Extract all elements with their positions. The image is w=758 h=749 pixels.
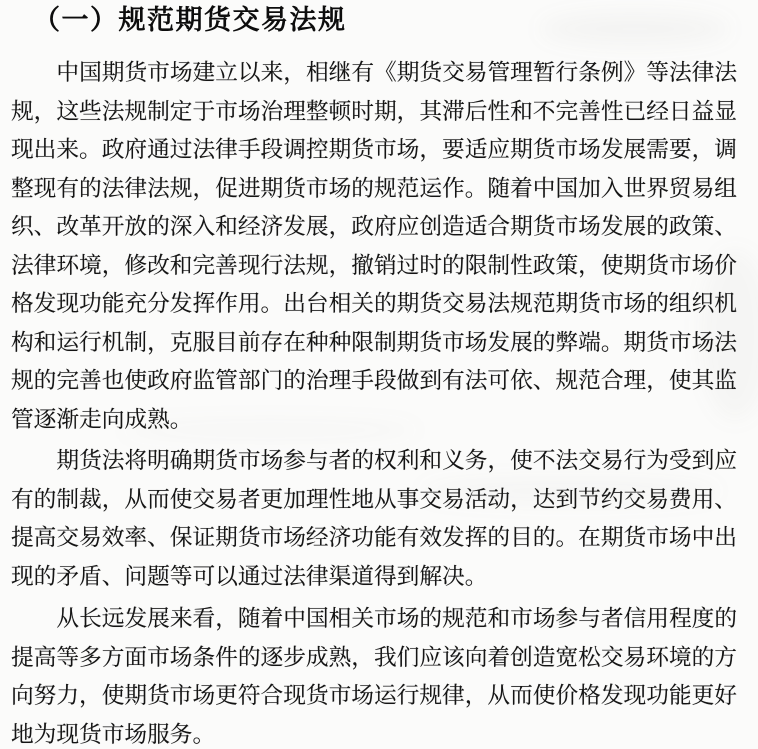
text-line: 提高等多方面市场条件的逐步成熟，我们应该向着创造宽松交易环境的方 bbox=[11, 639, 738, 678]
paragraph: 中国期货市场建立以来，相继有《期货交易管理暂行条例》等法律法规，这些法规制定于市… bbox=[11, 54, 738, 439]
text-line: 现的矛盾、问题等可以通过法律渠道得到解决。 bbox=[11, 558, 738, 597]
document-body: 中国期货市场建立以来，相继有《期货交易管理暂行条例》等法律法规，这些法规制定于市… bbox=[0, 54, 758, 749]
text-line: 织、改革开放的深入和经济发展，政府应创造适合期货市场发展的政策、 bbox=[11, 208, 738, 247]
text-line: 整现有的法律法规，促进期货市场的规范运作。随着中国加入世界贸易组 bbox=[11, 170, 738, 209]
text-line: 格发现功能充分发挥作用。出台相关的期货交易法规范期货市场的组织机 bbox=[11, 285, 738, 324]
paragraph: 从长远发展来看，随着中国相关市场的规范和市场参与者信用程度的提高等多方面市场条件… bbox=[11, 600, 738, 749]
text-line: 从长远发展来看，随着中国相关市场的规范和市场参与者信用程度的 bbox=[11, 600, 738, 639]
text-line: 规的完善也使政府监管部门的治理手段做到有法可依、规范合理，使其监 bbox=[11, 362, 738, 401]
text-line: 期货法将明确期货市场参与者的权利和义务，使不法交易行为受到应 bbox=[11, 442, 738, 481]
text-line: 管逐渐走向成熟。 bbox=[11, 401, 738, 440]
text-line: 向努力，使期货市场更符合现货市场运行规律，从而使价格发现功能更好 bbox=[11, 677, 738, 716]
scanned-document-page: （一）规范期货交易法规 中国期货市场建立以来，相继有《期货交易管理暂行条例》等法… bbox=[0, 0, 758, 749]
text-line: 法律环境，修改和完善现行法规，撤销过时的限制性政策，使期货市场价 bbox=[11, 247, 738, 286]
text-line: 中国期货市场建立以来，相继有《期货交易管理暂行条例》等法律法 bbox=[11, 54, 738, 93]
text-line: 有的制裁，从而使交易者更加理性地从事交易活动，达到节约交易费用、 bbox=[11, 481, 738, 520]
paragraph: 期货法将明确期货市场参与者的权利和义务，使不法交易行为受到应有的制裁，从而使交易… bbox=[11, 442, 738, 596]
text-line: 现出来。政府通过法律手段调控期货市场，要适应期货市场发展需要，调 bbox=[11, 131, 738, 170]
text-line: 提高交易效率、保证期货市场经济功能有效发挥的目的。在期货市场中出 bbox=[11, 519, 738, 558]
section-heading: （一）规范期货交易法规 bbox=[33, 4, 758, 37]
text-line: 地为现货市场服务。 bbox=[11, 716, 738, 749]
text-line: 构和运行机制，克服目前存在种种限制期货市场发展的弊端。期货市场法 bbox=[11, 324, 738, 363]
text-line: 规，这些法规制定于市场治理整顿时期，其滞后性和不完善性已经日益显 bbox=[11, 93, 738, 132]
